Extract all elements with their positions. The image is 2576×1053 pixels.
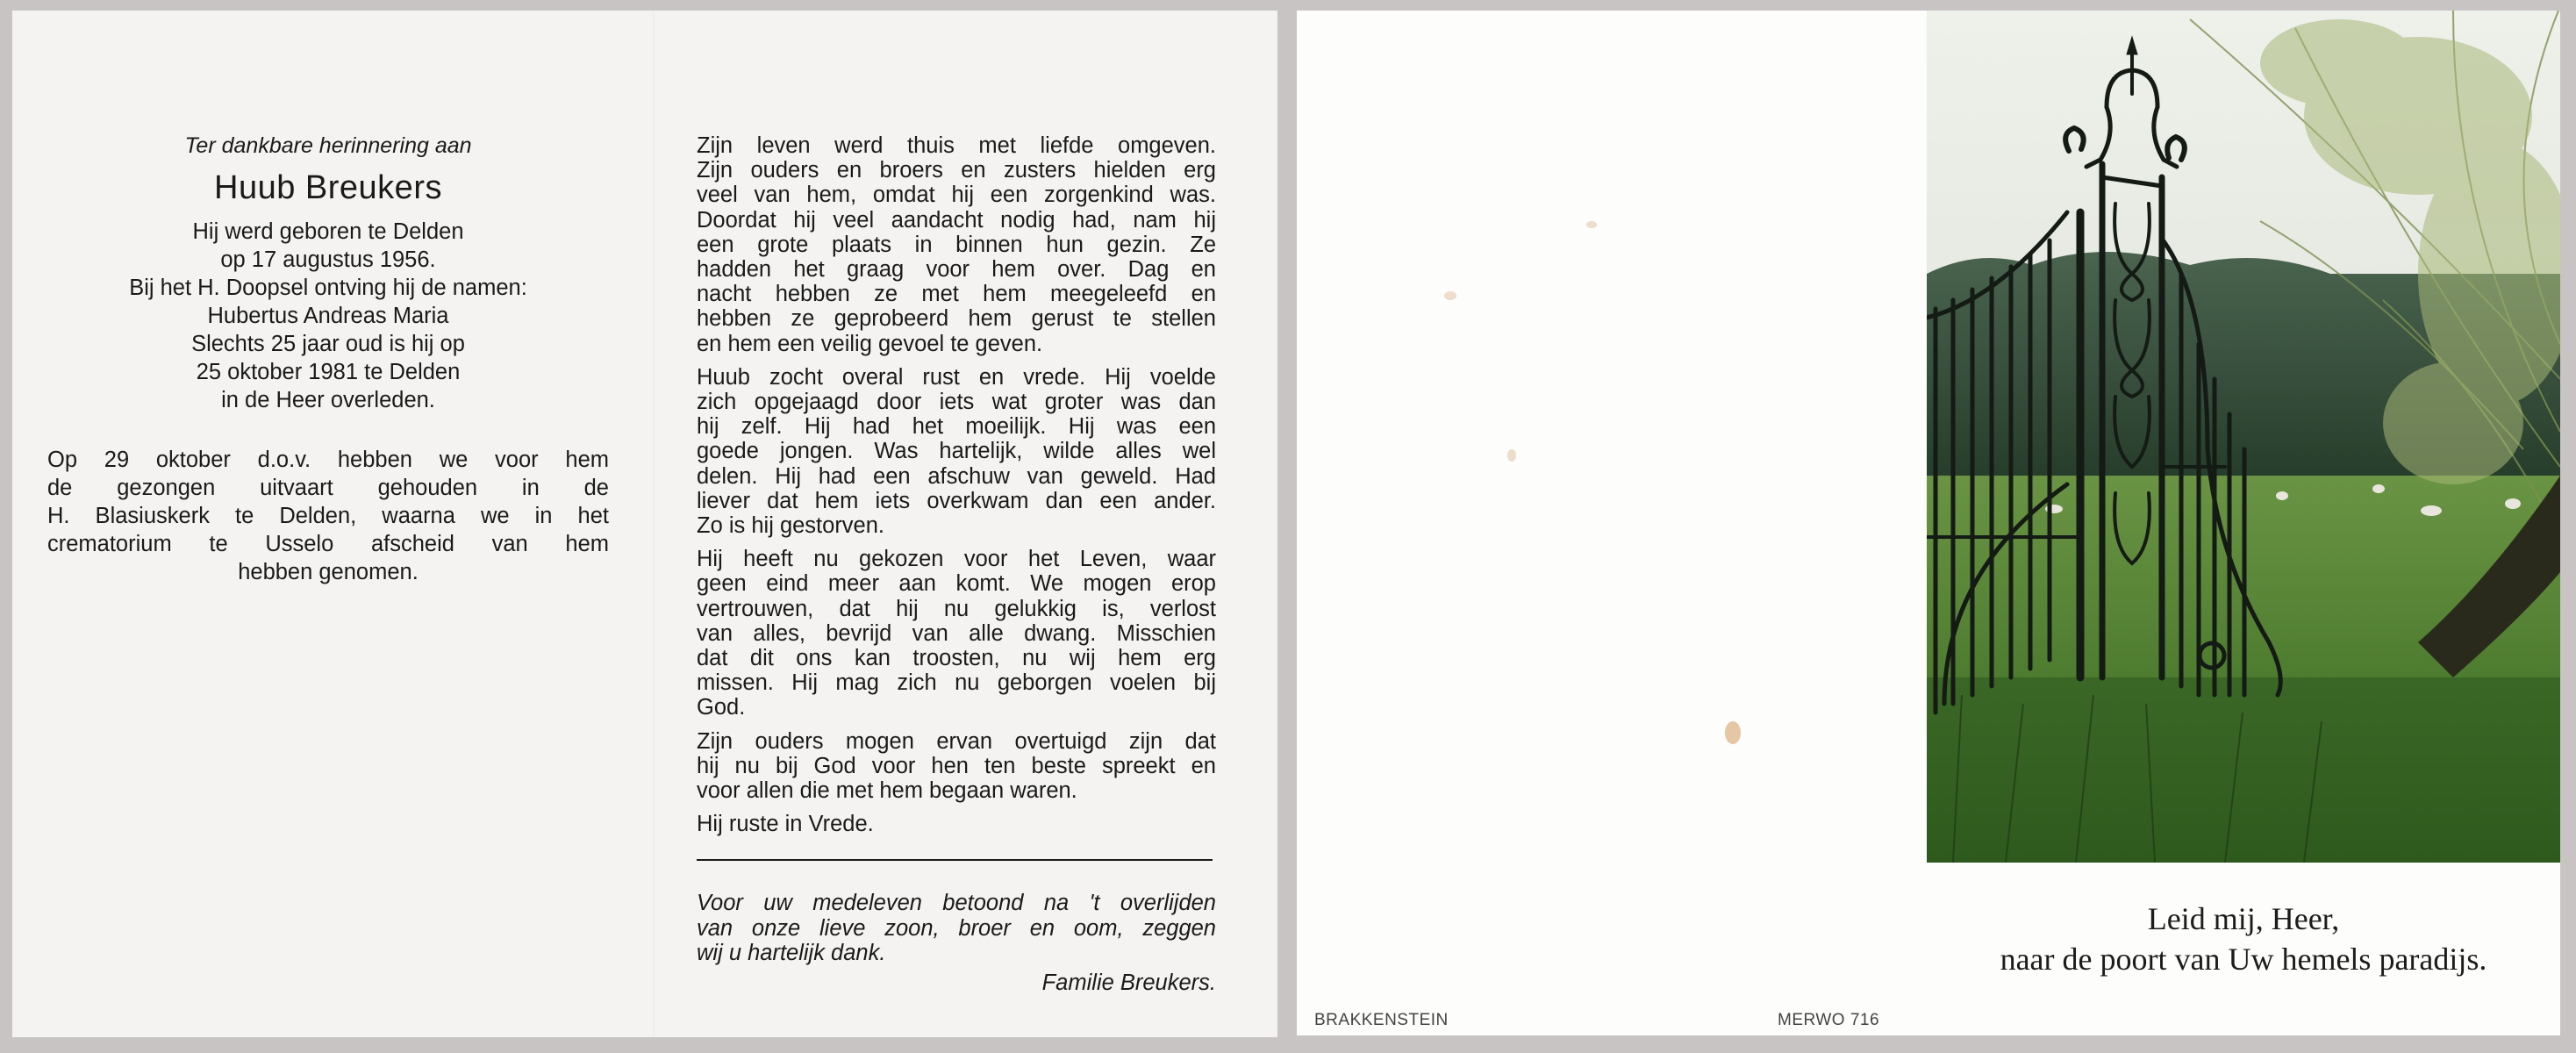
text-line: hadden het graag voor hem over. Dag en [697,257,1216,282]
paper-stain [1725,721,1741,744]
text-line: Zijn ouders en broers en zusters hielden… [697,158,1216,183]
text-line: liever dat hem iets overkwam dan een and… [697,489,1216,513]
text-line: hebben ze geprobeerd hem gerust te stell… [697,306,1216,331]
text-line: Hij ruste in Vrede. [697,812,1216,836]
text-line: Doordat hij veel aandacht nodig had, nam… [697,208,1216,233]
paper-stain [1444,291,1456,300]
text-line: delen. Hij had een afschuw van geweld. H… [697,464,1216,489]
bio-line: op 17 augustus 1956. [47,246,609,274]
tribute-paragraph: Zijn leven werd thuis met liefde omgeven… [697,133,1216,356]
thanks-text: Voor uw medeleven betoond na 't overlijd… [697,891,1216,965]
text-line: geen eind meer aan komt. We mogen erop [697,571,1216,596]
memorial-column: Ter dankbare herinnering aan Huub Breuke… [47,132,609,586]
bio-line: Bij het H. Doopsel ontving hij de namen: [47,274,609,302]
funeral-line: de gezongen uitvaart gehouden in de [47,474,609,502]
thanks-line: van onze lieve zoon, broer en oom, zegge… [697,916,1216,941]
thanks-line: wij u hartelijk dank. [697,941,1216,965]
product-code: MERWO 716 [1778,1011,1879,1030]
text-line: Huub zocht overal rust en vrede. Hij voe… [697,365,1216,390]
text-line: missen. Hij mag zich nu geborgen voelen … [697,670,1216,695]
text-line: goede jongen. Was hartelijk, wilde alles… [697,439,1216,463]
text-line: God. [697,695,1216,720]
bio-line: in de Heer overleden. [47,386,609,414]
tribute-paragraph: Zijn ouders mogen ervan overtuigd zijn d… [697,729,1216,804]
text-line: vertrouwen, dat hij nu gelukkig is, verl… [697,597,1216,621]
funeral-line: hebben genomen. [47,558,609,586]
gate-photo [1927,11,2560,863]
bio-line: Slechts 25 jaar oud is hij op [47,330,609,358]
text-line: een grote plaats in binnen hun gezin. Ze [697,233,1216,257]
publisher-label: BRAKKENSTEIN [1314,1011,1449,1030]
deceased-name: Huub Breukers [47,167,609,209]
text-line: nacht hebben ze met hem meegeleefd en [697,282,1216,306]
text-line: voor allen die met hem begaan waren. [697,778,1216,803]
family-signature: Familie Breukers. [697,971,1216,995]
text-line: Zo is hij gestorven. [697,513,1216,538]
prayer-caption: Leid mij, Heer,naar de poort van Uw heme… [1927,899,2560,979]
thanks-line: Voor uw medeleven betoond na 't overlijd… [697,891,1216,915]
divider-line [697,859,1213,861]
text-line: en hem een veilig gevoel te geven. [697,332,1216,356]
text-line: Hij heeft nu gekozen voor het Leven, waa… [697,547,1216,571]
bio-line: Hij werd geboren te Delden [47,218,609,246]
text-line: van alles, bevrijd van alle dwang. Missc… [697,621,1216,646]
text-line: hij nu bij God voor hen ten beste spreek… [697,754,1216,778]
text-line: Zijn ouders mogen ervan overtuigd zijn d… [697,729,1216,754]
text-line: Zijn leven werd thuis met liefde omgeven… [697,133,1216,158]
caption-line: naar de poort van Uw hemels paradijs. [1927,939,2560,979]
funeral-line: H. Blasiuskerk te Delden, waarna we in h… [47,502,609,530]
bio-line: 25 oktober 1981 te Delden [47,358,609,386]
tribute-paragraph: Hij ruste in Vrede. [697,812,1216,836]
text-line: hij zelf. Hij had het moeilijk. Hij was … [697,414,1216,439]
funeral-line: Op 29 oktober d.o.v. hebben we voor hem [47,446,609,474]
caption-line: Leid mij, Heer, [1927,899,2560,939]
text-line: zich opgejaagd door iets wat groter was … [697,390,1216,414]
funeral-line: crematorium te Usselo afscheid van hem [47,530,609,558]
bio-block: Hij werd geboren te Deldenop 17 augustus… [47,218,609,414]
tribute-column: Zijn leven werd thuis met liefde omgeven… [697,133,1216,995]
gate-meadow-image [1927,11,2560,863]
paper-stain [1507,449,1516,462]
text-line: dat dit ons kan troosten, nu wij hem erg [697,646,1216,670]
text-line: veel van hem, omdat hij een zorgenkind w… [697,183,1216,207]
fold-line [653,11,655,1037]
card-inner-spread: Ter dankbare herinnering aan Huub Breuke… [12,11,1277,1037]
tribute-paragraphs: Zijn leven werd thuis met liefde omgeven… [697,133,1216,836]
paper-stain [1586,221,1597,228]
card-outer-spread: Leid mij, Heer,naar de poort van Uw heme… [1297,11,2560,1035]
tribute-paragraph: Hij heeft nu gekozen voor het Leven, waa… [697,547,1216,720]
tribute-paragraph: Huub zocht overal rust en vrede. Hij voe… [697,365,1216,538]
funeral-block: Op 29 oktober d.o.v. hebben we voor hemd… [47,446,609,586]
intro-text: Ter dankbare herinnering aan [47,132,609,160]
bio-line: Hubertus Andreas Maria [47,302,609,330]
